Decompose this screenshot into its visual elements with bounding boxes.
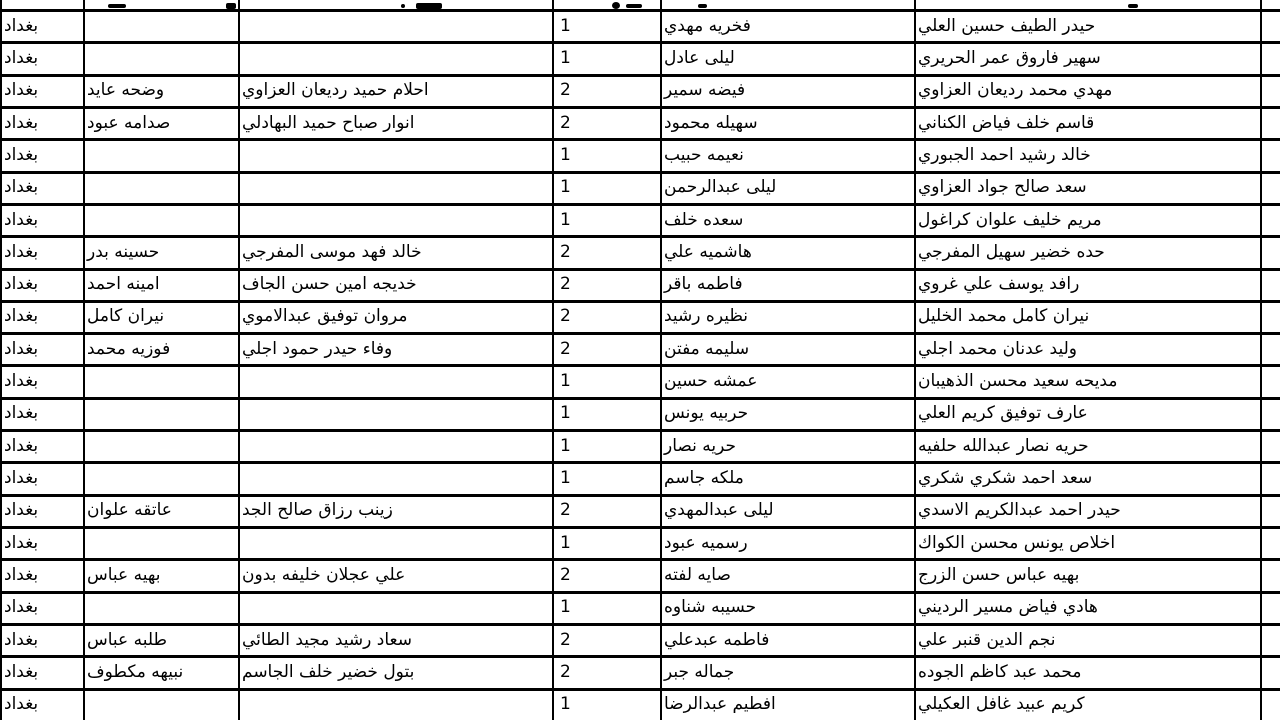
- cell-wife-name[interactable]: فيضه سمير: [662, 77, 916, 106]
- cell-wives-count[interactable]: 1: [554, 174, 662, 203]
- cell-second-wife-short[interactable]: امينه احمد: [85, 271, 240, 300]
- cell-second-wife-short[interactable]: [85, 206, 240, 235]
- cell-wife-name[interactable]: حسيبه شناوه: [662, 594, 916, 623]
- cell-wives-count[interactable]: 1: [554, 464, 662, 493]
- cell-wives-count[interactable]: 2: [554, 626, 662, 655]
- cell-wife-name[interactable]: فخريه مهدي: [662, 12, 916, 41]
- cell-second-wife-short[interactable]: [85, 691, 240, 720]
- cell-wives-count[interactable]: 2: [554, 561, 662, 590]
- cell-second-wife-full[interactable]: خديجه امين حسن الجاف: [240, 271, 554, 300]
- cell-second-wife-full[interactable]: خالد فهد موسى المفرجي: [240, 238, 554, 267]
- cell-wives-count[interactable]: 1: [554, 367, 662, 396]
- cell-wife-name[interactable]: سهيله محمود: [662, 109, 916, 138]
- cell-second-wife-full[interactable]: [240, 141, 554, 170]
- header-cell-city: [0, 0, 85, 9]
- cell-wife-name[interactable]: عمشه حسين: [662, 367, 916, 396]
- cell-second-wife-full[interactable]: [240, 432, 554, 461]
- cell-city[interactable]: بغداد: [0, 497, 85, 526]
- cell-second-wife-full[interactable]: [240, 174, 554, 203]
- cell-wives-count[interactable]: 1: [554, 12, 662, 41]
- cell-wife-name[interactable]: فاطمه عبدعلي: [662, 626, 916, 655]
- table-row: بغداد 1 ملكه جاسم سعد احمد شكري شكري: [0, 464, 1280, 496]
- cell-second-wife-full[interactable]: [240, 206, 554, 235]
- table-header-row-clipped: [0, 0, 1280, 12]
- cell-extra-clipped: [1262, 497, 1280, 526]
- table-row: بغداد 1 ليلى عادل سهير فاروق عمر الحريري: [0, 44, 1280, 76]
- cell-wife-name[interactable]: جماله جبر: [662, 658, 916, 687]
- cell-second-wife-short[interactable]: حسينه بدر: [85, 238, 240, 267]
- cell-second-wife-short[interactable]: [85, 141, 240, 170]
- cell-city[interactable]: بغداد: [0, 109, 85, 138]
- cell-second-wife-full[interactable]: سعاد رشيد مجيد الطائي: [240, 626, 554, 655]
- cell-second-wife-short[interactable]: [85, 174, 240, 203]
- cell-wife-name[interactable]: سليمه مفتن: [662, 335, 916, 364]
- cell-second-wife-full[interactable]: [240, 594, 554, 623]
- table-row: بغداد 1 حريه نصار حريه نصار عبدالله حلفي…: [0, 432, 1280, 464]
- cell-city[interactable]: بغداد: [0, 464, 85, 493]
- cell-extra-clipped: [1262, 691, 1280, 720]
- cell-extra-clipped: [1262, 561, 1280, 590]
- cell-second-wife-short[interactable]: [85, 44, 240, 73]
- cell-city[interactable]: بغداد: [0, 77, 85, 106]
- cell-second-wife-full[interactable]: وفاء حيدر حمود اجلي: [240, 335, 554, 364]
- cell-city[interactable]: بغداد: [0, 367, 85, 396]
- cell-city[interactable]: بغداد: [0, 206, 85, 235]
- cell-extra-clipped: [1262, 206, 1280, 235]
- cell-second-wife-short[interactable]: [85, 12, 240, 41]
- cell-wife-name[interactable]: ليلى عبدالرحمن: [662, 174, 916, 203]
- cell-city[interactable]: بغداد: [0, 400, 85, 429]
- table-row: بغداد 1 حربيه يونس عارف توفيق كريم العلي: [0, 400, 1280, 432]
- cell-second-wife-full[interactable]: انوار صباح حميد البهادلي: [240, 109, 554, 138]
- table-row: بغداد 1 فخريه مهدي حيدر الطيف حسين العلي: [0, 12, 1280, 44]
- cell-wives-count[interactable]: 1: [554, 400, 662, 429]
- cell-second-wife-full[interactable]: [240, 691, 554, 720]
- cell-wives-count[interactable]: 1: [554, 206, 662, 235]
- cell-wives-count[interactable]: 1: [554, 691, 662, 720]
- cell-wives-count[interactable]: 2: [554, 109, 662, 138]
- cell-second-wife-short[interactable]: وضحه عايد: [85, 77, 240, 106]
- cell-second-wife-short[interactable]: صدامه عبود: [85, 109, 240, 138]
- cell-person-name[interactable]: قاسم خلف فياض الكناني: [916, 109, 1262, 138]
- cell-second-wife-short[interactable]: فوزيه محمد: [85, 335, 240, 364]
- cell-wives-count[interactable]: 2: [554, 497, 662, 526]
- cell-city[interactable]: بغداد: [0, 529, 85, 558]
- cell-wife-name[interactable]: افطيم عبدالرضا: [662, 691, 916, 720]
- cell-wife-name[interactable]: رسميه عبود: [662, 529, 916, 558]
- cell-person-name[interactable]: مديحه سعيد محسن الذهيبان: [916, 367, 1262, 396]
- cell-person-name[interactable]: حيدر احمد عبدالكريم الاسدي: [916, 497, 1262, 526]
- cell-city[interactable]: بغداد: [0, 238, 85, 267]
- cell-extra-clipped: [1262, 141, 1280, 170]
- cell-city[interactable]: بغداد: [0, 12, 85, 41]
- cell-person-name[interactable]: نيران كامل محمد الخليل: [916, 303, 1262, 332]
- cell-wife-name[interactable]: ملكه جاسم: [662, 464, 916, 493]
- cell-person-name[interactable]: هادي فياض مسير الرديني: [916, 594, 1262, 623]
- cell-person-name[interactable]: مهدي محمد رديعان العزاوي: [916, 77, 1262, 106]
- cell-wives-count[interactable]: 2: [554, 77, 662, 106]
- header-text-fragment: [626, 4, 642, 8]
- header-text-fragment: [226, 3, 236, 9]
- spreadsheet-table: بغداد 1 فخريه مهدي حيدر الطيف حسين العلي…: [0, 0, 1280, 720]
- cell-wives-count[interactable]: 2: [554, 335, 662, 364]
- cell-second-wife-short[interactable]: عاتقه علوان: [85, 497, 240, 526]
- cell-city[interactable]: بغداد: [0, 658, 85, 687]
- cell-city[interactable]: بغداد: [0, 594, 85, 623]
- cell-second-wife-short[interactable]: [85, 594, 240, 623]
- cell-second-wife-short[interactable]: طلبه عباس: [85, 626, 240, 655]
- cell-second-wife-full[interactable]: [240, 12, 554, 41]
- cell-second-wife-full[interactable]: مروان توفيق عبدالاموي: [240, 303, 554, 332]
- table-row: بغداد فوزيه محمد وفاء حيدر حمود اجلي 2 س…: [0, 335, 1280, 367]
- cell-wives-count[interactable]: 2: [554, 238, 662, 267]
- cell-second-wife-full[interactable]: احلام حميد رديعان العزاوي: [240, 77, 554, 106]
- cell-city[interactable]: بغداد: [0, 44, 85, 73]
- cell-wives-count[interactable]: 1: [554, 594, 662, 623]
- cell-person-name[interactable]: رافد يوسف علي غروي: [916, 271, 1262, 300]
- cell-wife-name[interactable]: ليلى عبدالمهدي: [662, 497, 916, 526]
- table-row: بغداد 1 سعده خلف مريم خليف علوان كراغول: [0, 206, 1280, 238]
- cell-second-wife-short[interactable]: [85, 367, 240, 396]
- header-cell-name: [916, 0, 1262, 9]
- cell-extra-clipped: [1262, 464, 1280, 493]
- table-row: بغداد وضحه عايد احلام حميد رديعان العزاو…: [0, 77, 1280, 109]
- cell-wives-count[interactable]: 1: [554, 529, 662, 558]
- cell-person-name[interactable]: حيدر الطيف حسين العلي: [916, 12, 1262, 41]
- cell-person-name[interactable]: سهير فاروق عمر الحريري: [916, 44, 1262, 73]
- cell-city[interactable]: بغداد: [0, 174, 85, 203]
- header-text-fragment: [698, 4, 707, 8]
- cell-extra-clipped: [1262, 44, 1280, 73]
- header-cell-extra: [1262, 0, 1280, 9]
- cell-second-wife-full[interactable]: [240, 367, 554, 396]
- cell-extra-clipped: [1262, 367, 1280, 396]
- header-cell-second-wife-full: [240, 0, 554, 9]
- cell-person-name[interactable]: نجم الدين قنبر علي: [916, 626, 1262, 655]
- cell-second-wife-short[interactable]: [85, 464, 240, 493]
- cell-city[interactable]: بغداد: [0, 626, 85, 655]
- table-row: بغداد 1 ليلى عبدالرحمن سعد صالح جواد الع…: [0, 174, 1280, 206]
- table-row: بغداد حسينه بدر خالد فهد موسى المفرجي 2 …: [0, 238, 1280, 270]
- table-row: بغداد 1 عمشه حسين مديحه سعيد محسن الذهيب…: [0, 367, 1280, 399]
- cell-person-name[interactable]: كريم عبيد غافل العكيلي: [916, 691, 1262, 720]
- cell-person-name[interactable]: بهيه عباس حسن الزرج: [916, 561, 1262, 590]
- cell-second-wife-full[interactable]: زينب رزاق صالح الجد: [240, 497, 554, 526]
- table-row: بغداد بهيه عباس علي عجلان خليفه بدون 2 ص…: [0, 561, 1280, 593]
- header-text-fragment: [416, 3, 442, 9]
- cell-city[interactable]: بغداد: [0, 335, 85, 364]
- cell-extra-clipped: [1262, 658, 1280, 687]
- cell-person-name[interactable]: محمد عبد كاظم الجوده: [916, 658, 1262, 687]
- cell-person-name[interactable]: مريم خليف علوان كراغول: [916, 206, 1262, 235]
- cell-extra-clipped: [1262, 271, 1280, 300]
- cell-person-name[interactable]: سعد صالح جواد العزاوي: [916, 174, 1262, 203]
- cell-extra-clipped: [1262, 12, 1280, 41]
- cell-extra-clipped: [1262, 109, 1280, 138]
- table-row: بغداد 1 رسميه عبود اخلاص يونس محسن الكوا…: [0, 529, 1280, 561]
- table-row: بغداد نيران كامل مروان توفيق عبدالاموي 2…: [0, 303, 1280, 335]
- table-row: بغداد طلبه عباس سعاد رشيد مجيد الطائي 2 …: [0, 626, 1280, 658]
- cell-extra-clipped: [1262, 77, 1280, 106]
- cell-wives-count[interactable]: 2: [554, 303, 662, 332]
- header-cell-count: [554, 0, 662, 9]
- cell-wives-count[interactable]: 1: [554, 44, 662, 73]
- cell-extra-clipped: [1262, 303, 1280, 332]
- cell-wife-name[interactable]: حريه نصار: [662, 432, 916, 461]
- cell-person-name[interactable]: حده خضير سهيل المفرجي: [916, 238, 1262, 267]
- cell-second-wife-full[interactable]: بتول خضير خلف الجاسم: [240, 658, 554, 687]
- header-text-fragment: [401, 4, 405, 8]
- cell-second-wife-full[interactable]: [240, 400, 554, 429]
- cell-wife-name[interactable]: سعده خلف: [662, 206, 916, 235]
- cell-wife-name[interactable]: فاطمه باقر: [662, 271, 916, 300]
- table-row: بغداد صدامه عبود انوار صباح حميد البهادل…: [0, 109, 1280, 141]
- cell-second-wife-short[interactable]: [85, 432, 240, 461]
- cell-wives-count[interactable]: 2: [554, 658, 662, 687]
- cell-city[interactable]: بغداد: [0, 691, 85, 720]
- table-row: بغداد امينه احمد خديجه امين حسن الجاف 2 …: [0, 271, 1280, 303]
- cell-wives-count[interactable]: 1: [554, 432, 662, 461]
- cell-wife-name[interactable]: نعيمه حبيب: [662, 141, 916, 170]
- cell-person-name[interactable]: خالد رشيد احمد الجبوري: [916, 141, 1262, 170]
- cell-extra-clipped: [1262, 335, 1280, 364]
- cell-city[interactable]: بغداد: [0, 561, 85, 590]
- cell-person-name[interactable]: عارف توفيق كريم العلي: [916, 400, 1262, 429]
- cell-second-wife-full[interactable]: [240, 529, 554, 558]
- cell-wife-name[interactable]: ليلى عادل: [662, 44, 916, 73]
- header-text-fragment: [1128, 4, 1138, 8]
- cell-extra-clipped: [1262, 174, 1280, 203]
- cell-wives-count[interactable]: 2: [554, 271, 662, 300]
- header-text-fragment: [108, 4, 126, 8]
- cell-extra-clipped: [1262, 400, 1280, 429]
- cell-second-wife-short[interactable]: بهيه عباس: [85, 561, 240, 590]
- cell-extra-clipped: [1262, 626, 1280, 655]
- cell-second-wife-short[interactable]: نبيهه مكطوف: [85, 658, 240, 687]
- cell-extra-clipped: [1262, 238, 1280, 267]
- cell-second-wife-short[interactable]: [85, 529, 240, 558]
- cell-person-name[interactable]: اخلاص يونس محسن الكواك: [916, 529, 1262, 558]
- cell-city[interactable]: بغداد: [0, 141, 85, 170]
- cell-city[interactable]: بغداد: [0, 271, 85, 300]
- table-body: بغداد 1 فخريه مهدي حيدر الطيف حسين العلي…: [0, 12, 1280, 720]
- cell-city[interactable]: بغداد: [0, 303, 85, 332]
- table-row: بغداد 1 نعيمه حبيب خالد رشيد احمد الجبور…: [0, 141, 1280, 173]
- cell-wife-name[interactable]: حربيه يونس: [662, 400, 916, 429]
- cell-extra-clipped: [1262, 432, 1280, 461]
- cell-extra-clipped: [1262, 529, 1280, 558]
- cell-person-name[interactable]: حريه نصار عبدالله حلفيه: [916, 432, 1262, 461]
- table-row: بغداد نبيهه مكطوف بتول خضير خلف الجاسم 2…: [0, 658, 1280, 690]
- table-row: بغداد 1 حسيبه شناوه هادي فياض مسير الردي…: [0, 594, 1280, 626]
- cell-second-wife-short[interactable]: نيران كامل: [85, 303, 240, 332]
- table-row: بغداد عاتقه علوان زينب رزاق صالح الجد 2 …: [0, 497, 1280, 529]
- cell-extra-clipped: [1262, 594, 1280, 623]
- cell-second-wife-full[interactable]: علي عجلان خليفه بدون: [240, 561, 554, 590]
- header-text-fragment: [612, 2, 620, 9]
- cell-second-wife-full[interactable]: [240, 44, 554, 73]
- cell-second-wife-short[interactable]: [85, 400, 240, 429]
- cell-person-name[interactable]: سعد احمد شكري شكري: [916, 464, 1262, 493]
- cell-wives-count[interactable]: 1: [554, 141, 662, 170]
- cell-wife-name[interactable]: هاشميه علي: [662, 238, 916, 267]
- cell-city[interactable]: بغداد: [0, 432, 85, 461]
- cell-wife-name[interactable]: نظيره رشيد: [662, 303, 916, 332]
- cell-person-name[interactable]: وليد عدنان محمد اجلي: [916, 335, 1262, 364]
- cell-wife-name[interactable]: صايه لفته: [662, 561, 916, 590]
- table-row: بغداد 1 افطيم عبدالرضا كريم عبيد غافل ال…: [0, 691, 1280, 720]
- cell-second-wife-full[interactable]: [240, 464, 554, 493]
